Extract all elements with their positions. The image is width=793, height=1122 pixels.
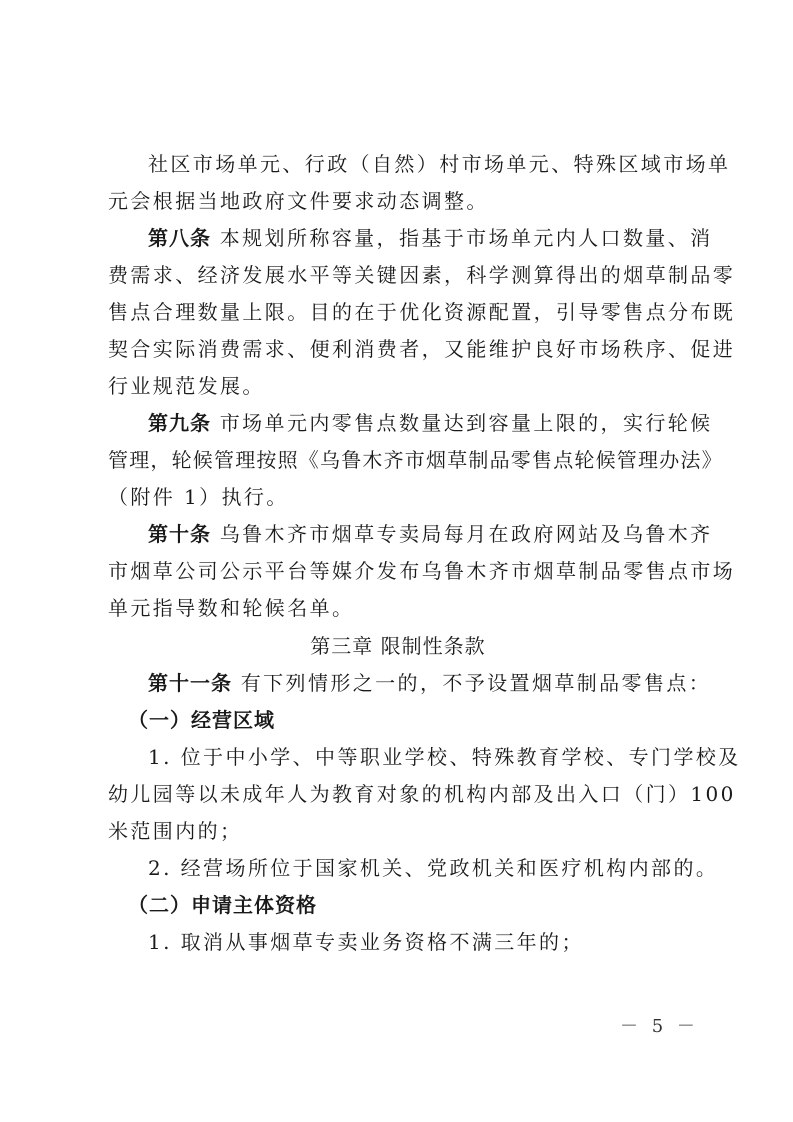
article-text: 本规划所称容量，指基于市场单元内人口数量、消 <box>211 226 713 250</box>
paragraph-line: 管理，轮候管理按照《乌鲁木齐市烟草制品零售点轮候管理办法》 <box>108 448 688 472</box>
article-text: 乌鲁木齐市烟草专卖局每月在政府网站及乌鲁木齐 <box>211 522 713 546</box>
paragraph-line: 契合实际消费需求、便利消费者，又能维护良好市场秩序、促进 <box>108 337 688 361</box>
paragraph-line: 米范围内的； <box>108 819 688 843</box>
article-label: 第九条 <box>148 411 211 435</box>
list-item: 2. 经营场所位于国家机关、党政机关和医疗机构内部的。 <box>108 856 728 880</box>
page-number: － 5 － <box>620 1012 699 1038</box>
article-label: 第八条 <box>148 226 211 250</box>
paragraph-line: 费需求、经济发展水平等关键因素，科学测算得出的烟草制品零 <box>108 263 688 287</box>
list-item: 1. 取消从事烟草专卖业务资格不满三年的； <box>108 930 728 954</box>
paragraph-line: 单元指导数和轮候名单。 <box>108 596 688 620</box>
section-heading: （一）经营区域 <box>108 708 708 732</box>
article-11-line: 第十一条 有下列情形之一的，不予设置烟草制品零售点： <box>108 671 728 695</box>
article-8-line: 第八条 本规划所称容量，指基于市场单元内人口数量、消 <box>108 226 728 250</box>
paragraph-line: 市烟草公司公示平台等媒介发布乌鲁木齐市烟草制品零售点市场 <box>108 559 688 583</box>
paragraph-line: 售点合理数量上限。目的在于优化资源配置，引导零售点分布既 <box>108 300 688 324</box>
list-item: 1. 位于中小学、中等职业学校、特殊教育学校、专门学校及 <box>108 745 728 769</box>
article-text: 有下列情形之一的，不予设置烟草制品零售点： <box>232 671 711 695</box>
article-10-line: 第十条 乌鲁木齐市烟草专卖局每月在政府网站及乌鲁木齐 <box>108 522 728 546</box>
paragraph-line: （附件 1）执行。 <box>108 485 688 509</box>
paragraph-line: 行业规范发展。 <box>108 374 688 398</box>
article-9-line: 第九条 市场单元内零售点数量达到容量上限的，实行轮候 <box>108 411 728 435</box>
paragraph-line: 元会根据当地政府文件要求动态调整。 <box>108 189 688 213</box>
paragraph-line: 社区市场单元、行政（自然）村市场单元、特殊区域市场单 <box>108 152 728 176</box>
article-text: 市场单元内零售点数量达到容量上限的，实行轮候 <box>211 411 713 435</box>
paragraph-line: 幼儿园等以未成年人为教育对象的机构内部及出入口（门）100 <box>108 782 688 806</box>
section-heading: （二）申请主体资格 <box>108 893 708 917</box>
article-label: 第十条 <box>148 522 211 546</box>
chapter-heading: 第三章 限制性条款 <box>108 634 688 658</box>
article-label: 第十一条 <box>148 671 232 695</box>
